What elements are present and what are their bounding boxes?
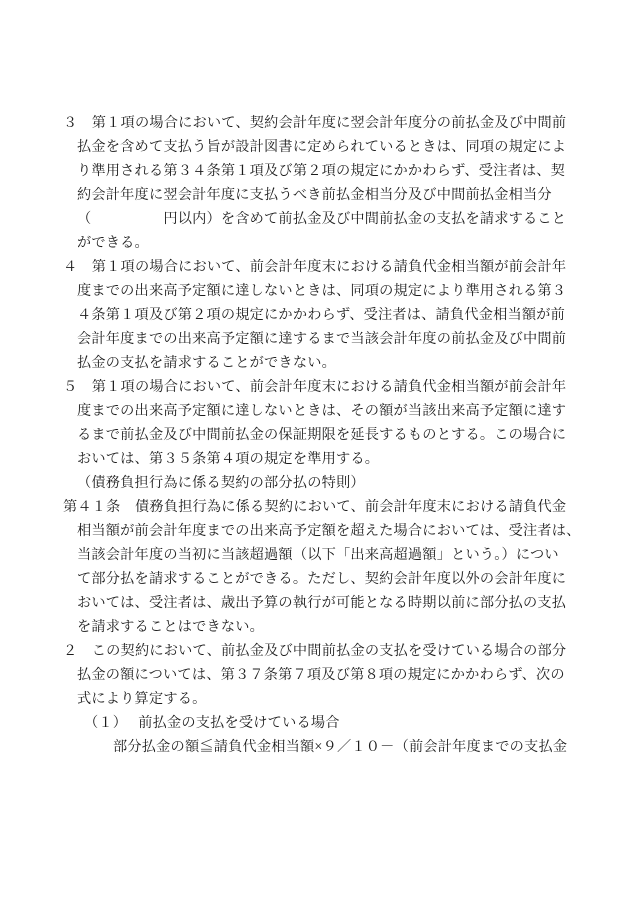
text-line: ３ 第１項の場合において、契約会計年度に翌会計年度分の前払金及び中間前 [63, 111, 575, 135]
text-line: 約会計年度に翌会計年度に支払うべき前払金相当分及び中間前払金相当分 [63, 183, 575, 207]
text-line: 相当額が前会計年度までの出来高予定額を超えた場合においては、受注者は、 [63, 519, 575, 543]
text-line: ができる。 [63, 231, 575, 255]
text-line: て部分払を請求することができる。ただし、契約会計年度以外の会計年度に [63, 567, 575, 591]
text-line: 当該会計年度の当初に当該超過額（以下「出来高超過額」という。）につい [63, 543, 575, 567]
text-line: ４ 第１項の場合において、前会計年度末における請負代金相当額が前会計年 [63, 255, 575, 279]
text-line: （債務負担行為に係る契約の部分払の特則） [63, 471, 575, 495]
text-line: （１） 前払金の支払を受けている場合 [63, 711, 575, 735]
document-text-block: ３ 第１項の場合において、契約会計年度に翌会計年度分の前払金及び中間前払金を含め… [63, 111, 575, 759]
text-line: ４条第１項及び第２項の規定にかかわらず、受注者は、請負代金相当額が前 [63, 303, 575, 327]
text-line: るまで前払金及び中間前払金の保証期限を延長するものとする。この場合に [63, 423, 575, 447]
text-line: 第４１条 債務負担行為に係る契約において、前会計年度末における請負代金 [63, 495, 575, 519]
text-line: り準用される第３４条第１項及び第２項の規定にかかわらず、受注者は、契 [63, 159, 575, 183]
text-line: おいては、受注者は、歳出予算の執行が可能となる時期以前に部分払の支払 [63, 591, 575, 615]
text-line: （ 円以内）を含めて前払金及び中間前払金の支払を請求すること [63, 207, 575, 231]
document-page: ３ 第１項の場合において、契約会計年度に翌会計年度分の前払金及び中間前払金を含め… [0, 0, 630, 903]
text-line: 払金の支払を請求することができない。 [63, 351, 575, 375]
text-line: ２ この契約において、前払金及び中間前払金の支払を受けている場合の部分 [63, 639, 575, 663]
text-line: 度までの出来高予定額に達しないときは、同項の規定により準用される第３ [63, 279, 575, 303]
text-line: 式により算定する。 [63, 687, 575, 711]
text-line: ５ 第１項の場合において、前会計年度末における請負代金相当額が前会計年 [63, 375, 575, 399]
text-line: 度までの出来高予定額に達しないときは、その額が当該出来高予定額に達す [63, 399, 575, 423]
text-line: 払金の額については、第３７条第７項及び第８項の規定にかかわらず、次の [63, 663, 575, 687]
text-line: を請求することはできない。 [63, 615, 575, 639]
text-line: 払金を含めて支払う旨が設計図書に定められているときは、同項の規定によ [63, 135, 575, 159]
text-line: 会計年度までの出来高予定額に達するまで当該会計年度の前払金及び中間前 [63, 327, 575, 351]
text-line: 部分払金の額≦請負代金相当額×９／１０－（前会計年度までの支払金 [63, 735, 575, 759]
text-line: おいては、第３５条第４項の規定を準用する。 [63, 447, 575, 471]
